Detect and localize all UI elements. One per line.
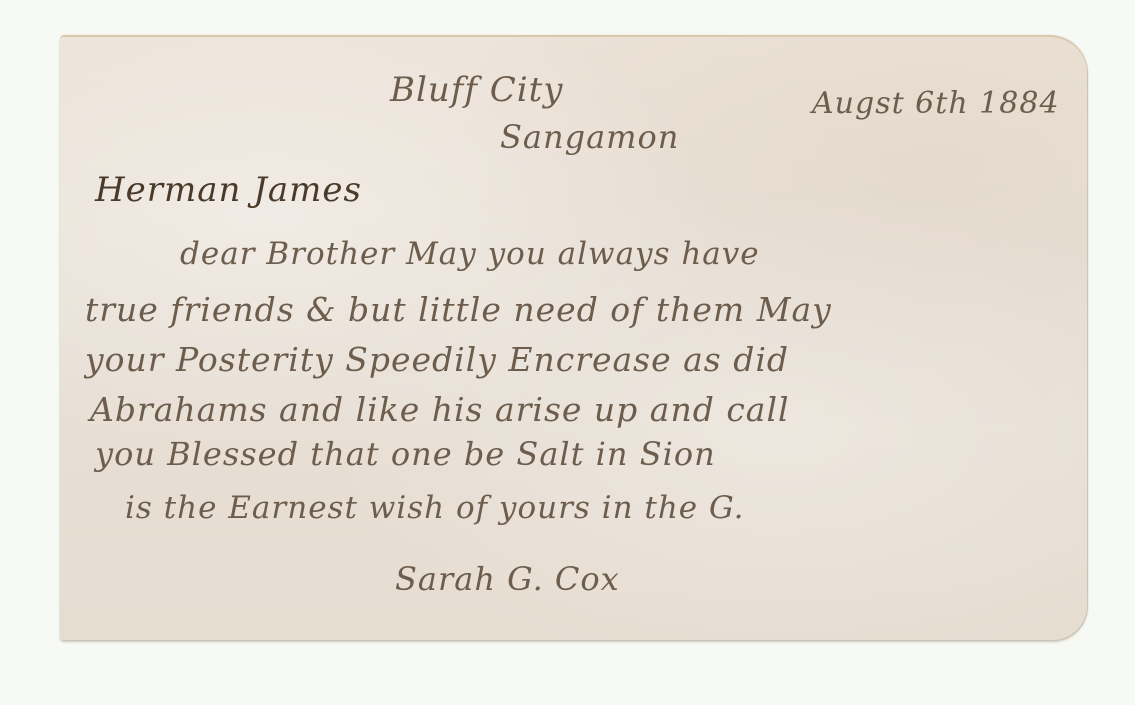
signature: Sarah G. Cox [395, 560, 620, 598]
salutation: Herman James [95, 170, 362, 210]
body-line-4: Abrahams and like his arise up and call [90, 390, 790, 429]
scanned-page: Bluff City Sangamon Augst 6th 1884 Herma… [0, 0, 1135, 705]
body-line-3: your Posterity Speedily Encrease as did [85, 340, 789, 379]
place-line-2: Sangamon [500, 118, 679, 156]
body-line-2: true friends & but little need of them M… [85, 290, 832, 329]
place-line-1: Bluff City [390, 70, 564, 110]
body-line-5: you Blessed that one be Salt in Sion [95, 435, 716, 473]
body-line-1: dear Brother May you always have [180, 236, 760, 272]
letter-date: Augst 6th 1884 [812, 86, 1060, 121]
body-line-6: is the Earnest wish of yours in the G. [125, 490, 745, 526]
